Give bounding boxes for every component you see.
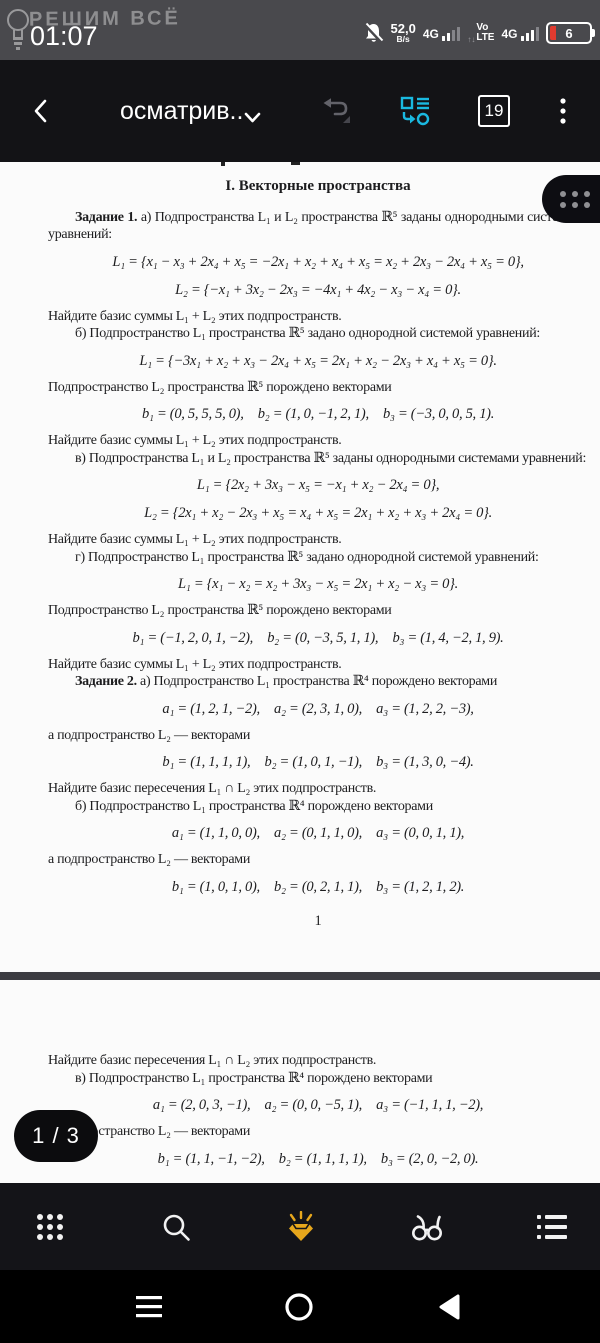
- network-speed: 52,0 B/s: [391, 22, 416, 44]
- signal-bars-1: [442, 26, 461, 41]
- app-toolbar: осматрив.. 19: [0, 60, 600, 162]
- doc-line-para: а подпространство L₂ — векторами: [48, 1123, 588, 1141]
- status-bar: РЕШИМ ВСЁ 01:07 52,0 B/s 4G ↑↓ VoLTE: [0, 0, 600, 60]
- back-button[interactable]: [18, 89, 62, 133]
- doc-line-math: b₁ = (1, 1, −1, −2), b₂ = (1, 1, 1, 1), …: [48, 1149, 588, 1169]
- doc-line-para: Найдите базис пересечения L₁ ∩ L₂ этих п…: [48, 780, 588, 798]
- signal-sim2: 4G: [501, 26, 539, 41]
- back-triangle-icon: [437, 1293, 461, 1321]
- overflow-menu-button[interactable]: [541, 89, 585, 133]
- status-icons: 52,0 B/s 4G ↑↓ VoLTE 4G 6: [363, 16, 593, 50]
- doc-line-para: в) Подпространства L₁ и L₂ пространства …: [48, 450, 588, 468]
- doc-line-para: Подпространство L₂ пространства ℝ⁵ порож…: [48, 379, 588, 397]
- doc-line-math: b₁ = (−1, 2, 0, 1, −2), b₂ = (0, −3, 5, …: [48, 628, 588, 648]
- contents-button[interactable]: [524, 1199, 580, 1255]
- open-tabs-button[interactable]: 19: [472, 89, 516, 133]
- doc-line-math: a₁ = (1, 2, 1, −2), a₂ = (2, 3, 1, 0), a…: [48, 699, 588, 719]
- document-viewport[interactable]: I. Векторные пространстваЗадание 1. а) П…: [0, 162, 600, 1183]
- doc-line-para: Найдите базис суммы L₁ + L₂ этих подпрос…: [48, 432, 588, 450]
- doc-line-para: б) Подпространство L₁ пространства ℝ⁴ по…: [48, 798, 588, 816]
- doc-line-para: Задание 2. а) Подпространство L₁ простра…: [48, 673, 588, 691]
- grip-dots-icon: [560, 191, 590, 208]
- doc-line-math: L₁ = {−3x₁ + x₂ + x₃ − 2x₄ + x₅ = 2x₁ + …: [48, 351, 588, 371]
- phone-screen: РЕШИМ ВСЁ 01:07 52,0 B/s 4G ↑↓ VoLTE: [0, 0, 600, 1343]
- undo-icon: [322, 97, 352, 125]
- volte-indicator: ↑↓ VoLTE: [467, 23, 494, 44]
- search-button[interactable]: [148, 1199, 204, 1255]
- battery-level-fill: [550, 26, 556, 40]
- doc-line-para: б) Подпространство L₁ пространства ℝ⁵ за…: [48, 325, 588, 343]
- chevron-left-icon: [32, 99, 48, 123]
- doc-line-para: Подпространство L₂ пространства ℝ⁵ порож…: [48, 602, 588, 620]
- premium-tips-button[interactable]: [273, 1199, 329, 1255]
- reflow-view-button[interactable]: [393, 89, 437, 133]
- page-indicator[interactable]: 1 / 3: [14, 1110, 98, 1162]
- signal-sim1: 4G: [423, 26, 461, 41]
- pdf-page-1: I. Векторные пространстваЗадание 1. а) П…: [0, 162, 600, 972]
- doc-line-math: b₁ = (1, 1, 1, 1), b₂ = (1, 0, 1, −1), b…: [48, 752, 588, 772]
- menu-nav-button[interactable]: [121, 1283, 177, 1331]
- menu-bars-icon: [136, 1296, 162, 1318]
- signal-bars-2: [521, 26, 540, 41]
- battery-percent: 6: [565, 26, 572, 41]
- lightbulb-watermark-icon: [6, 7, 30, 53]
- doc-line-para: Найдите базис суммы L₁ + L₂ этих подпрос…: [48, 531, 588, 549]
- bullet-list-icon: [537, 1214, 567, 1240]
- grid-dots-icon: [36, 1213, 64, 1241]
- thumbnails-button[interactable]: [22, 1199, 78, 1255]
- doc-line-math: a₁ = (1, 1, 0, 0), a₂ = (0, 1, 1, 0), a₃…: [48, 823, 588, 843]
- page-divider: [0, 972, 600, 980]
- doc-line-para: в) Подпространство L₁ пространства ℝ⁴ по…: [48, 1070, 588, 1088]
- doc-line-math: L₂ = {2x₁ + x₂ − 2x₃ + x₅ = x₄ + x₅ = 2x…: [48, 503, 588, 523]
- chevron-down-icon: [244, 112, 261, 123]
- clipped-text-fragment: [291, 162, 300, 165]
- doc-line-math: L₂ = {−x₁ + 3x₂ − 2x₃ = −4x₁ + 4x₂ − x₃ …: [48, 280, 588, 300]
- gem-sparkle-icon: [285, 1211, 317, 1243]
- bottom-toolbar: [0, 1183, 600, 1270]
- document-title: осматрив..: [120, 97, 243, 126]
- tabs-count-box: 19: [478, 95, 510, 127]
- doc-line-para: Найдите базис суммы L₁ + L₂ этих подпрос…: [48, 656, 588, 674]
- doc-line-para: Найдите базис пересечения L₁ ∩ L₂ этих п…: [48, 1052, 588, 1070]
- undo-button[interactable]: [315, 89, 359, 133]
- doc-line-math: b₁ = (1, 0, 1, 0), b₂ = (0, 2, 1, 1), b₃…: [48, 877, 588, 897]
- document-title-dropdown[interactable]: осматрив..: [120, 90, 261, 132]
- battery-indicator: 6: [546, 22, 592, 44]
- doc-line-math: L₁ = {x₁ − x₂ = x₂ + 3x₃ − x₅ = 2x₁ + x₂…: [48, 574, 588, 594]
- bell-muted-icon: [363, 22, 384, 44]
- kebab-menu-icon: [560, 98, 566, 124]
- eyeglasses-icon: [410, 1211, 444, 1243]
- doc-line-para: Задание 1. а) Подпространства L₁ и L₂ пр…: [48, 209, 588, 244]
- android-navbar: [0, 1270, 600, 1343]
- doc-line-math: L₁ = {2x₂ + 3x₃ − x₅ = −x₁ + x₂ − 2x₄ = …: [48, 475, 588, 495]
- doc-line-para: а подпространство L₂ — векторами: [48, 727, 588, 745]
- doc-line-math: L₁ = {x₁ − x₃ + 2x₄ + x₅ = −2x₁ + x₂ + x…: [48, 252, 588, 272]
- home-circle-icon: [284, 1292, 314, 1322]
- doc-line-para: Найдите базис суммы L₁ + L₂ этих подпрос…: [48, 308, 588, 326]
- doc-line-math: a₁ = (2, 0, 3, −1), a₂ = (0, 0, −5, 1), …: [48, 1095, 588, 1115]
- status-time: 01:07: [30, 21, 98, 52]
- floating-grip-handle[interactable]: [542, 175, 600, 223]
- doc-line-para: г) Подпространство L₁ пространства ℝ⁵ за…: [48, 549, 588, 567]
- convert-layout-icon: [400, 96, 430, 126]
- doc-line-pagenum: 1: [48, 913, 588, 931]
- doc-line-para: а подпространство L₂ — векторами: [48, 851, 588, 869]
- home-nav-button[interactable]: [271, 1283, 327, 1331]
- search-icon: [161, 1212, 191, 1242]
- doc-line-math: b₁ = (0, 5, 5, 5, 0), b₂ = (1, 0, −1, 2,…: [48, 404, 588, 424]
- back-nav-button[interactable]: [421, 1283, 477, 1331]
- clipped-text-fragment: [221, 162, 225, 166]
- doc-line-title: I. Векторные пространства: [48, 178, 588, 196]
- reading-mode-button[interactable]: [399, 1199, 455, 1255]
